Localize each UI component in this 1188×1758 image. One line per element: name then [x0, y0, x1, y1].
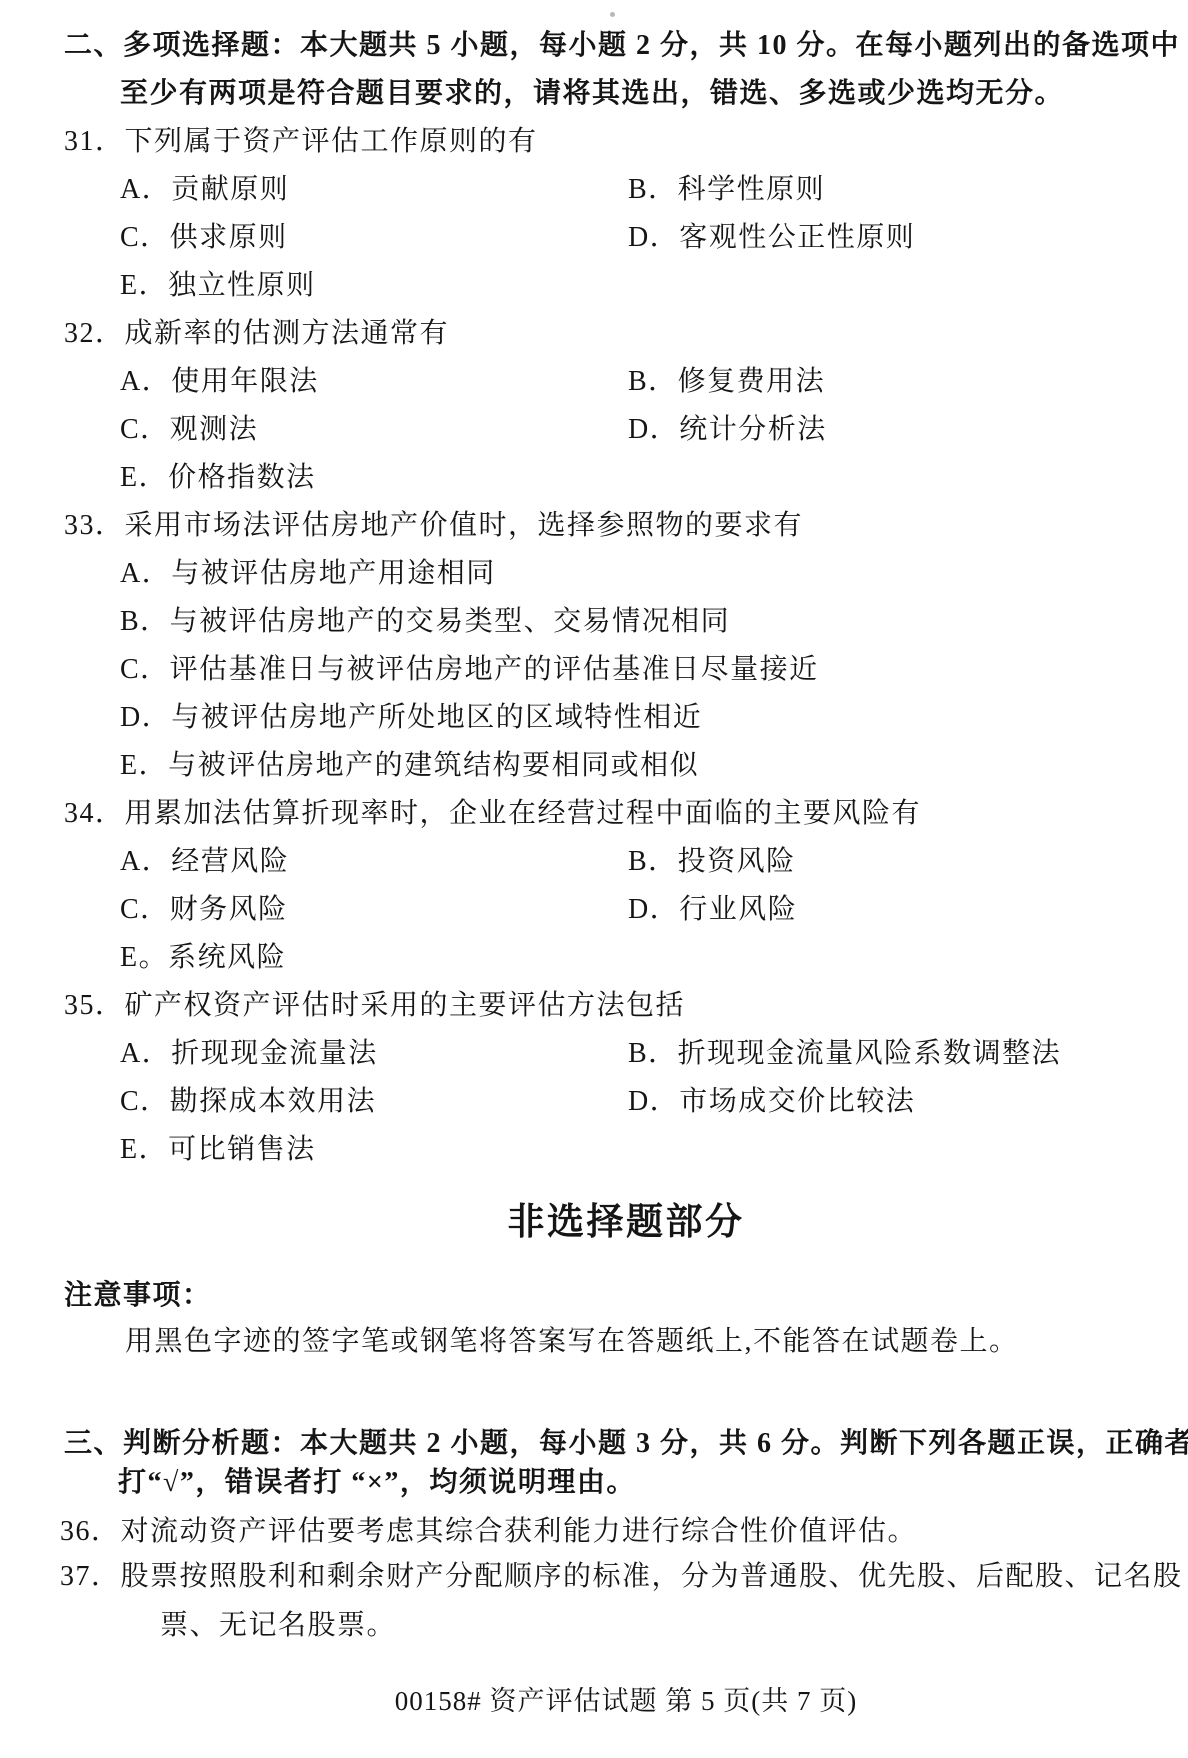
- question-34: 34．用累加法估算折现率时，企业在经营过程中面临的主要风险有: [64, 798, 921, 830]
- page-footer: 00158# 资产评估试题 第 5 页(共 7 页): [0, 1686, 1188, 1717]
- question-37-line2: 票、无记名股票。: [160, 1610, 396, 1642]
- option-31-a: A．贡献原则: [120, 174, 289, 206]
- question-32-number: 32．: [64, 318, 125, 350]
- option-32-a: A．使用年限法: [120, 366, 319, 398]
- section3-intro-line1: 三、判断分析题：本大题共 2 小题，每小题 3 分，共 6 分。判断下列各题正误…: [64, 1428, 1188, 1460]
- section2-intro-line1: 二、多项选择题：本大题共 5 小题，每小题 2 分，共 10 分。在每小题列出的…: [64, 30, 1180, 62]
- question-35: 35．矿产权资产评估时采用的主要评估方法包括: [64, 990, 685, 1022]
- question-33-number: 33．: [64, 510, 125, 542]
- question-34-number: 34．: [64, 798, 125, 830]
- section3-intro-line2: 打“√”，错误者打 “×”，均须说明理由。: [118, 1467, 636, 1499]
- exam-paper-page: 二、多项选择题：本大题共 5 小题，每小题 2 分，共 10 分。在每小题列出的…: [0, 0, 1188, 1758]
- option-35-c: C．勘探成本效用法: [120, 1086, 376, 1118]
- question-31: 31．下列属于资产评估工作原则的有: [64, 126, 538, 158]
- question-33: 33．采用市场法评估房地产价值时，选择参照物的要求有: [64, 510, 803, 542]
- section2-marker: 二、: [64, 30, 123, 62]
- option-35-e: E．可比销售法: [120, 1134, 316, 1166]
- question-32-text: 成新率的估测方法通常有: [125, 318, 450, 349]
- question-34-text: 用累加法估算折现率时，企业在经营过程中面临的主要风险有: [125, 798, 922, 829]
- option-32-c: C．观测法: [120, 414, 258, 446]
- option-31-d: D．客观性公正性原则: [628, 222, 915, 254]
- question-35-text: 矿产权资产评估时采用的主要评估方法包括: [125, 990, 686, 1021]
- option-34-c: C．财务风险: [120, 894, 288, 926]
- question-32: 32．成新率的估测方法通常有: [64, 318, 449, 350]
- question-35-number: 35．: [64, 990, 125, 1022]
- question-31-number: 31．: [64, 126, 125, 158]
- question-37-text-line1: 股票按照股利和剩余财产分配顺序的标准，分为普通股、优先股、后配股、记名股: [121, 1561, 1183, 1592]
- option-35-b: B．折现现金流量风险系数调整法: [628, 1038, 1061, 1070]
- section3-title-line1: 判断分析题：本大题共 2 小题，每小题 3 分，共 6 分。判断下列各题正误，正…: [123, 1428, 1188, 1459]
- option-35-a: A．折现现金流量法: [120, 1038, 378, 1070]
- option-32-b: B．修复费用法: [628, 366, 825, 398]
- option-34-a: A．经营风险: [120, 846, 289, 878]
- section2-title-line1: 多项选择题：本大题共 5 小题，每小题 2 分，共 10 分。在每小题列出的备选…: [123, 30, 1180, 61]
- option-31-e: E．独立性原则: [120, 270, 316, 302]
- section2-intro-line2: 至少有两项是符合题目要求的，请将其选出，错选、多选或少选均无分。: [120, 78, 1064, 110]
- non-mc-section-heading: 非选择题部分: [0, 1202, 1188, 1245]
- option-33-c: C．评估基准日与被评估房地产的评估基准日尽量接近: [120, 654, 819, 686]
- option-34-e: E。系统风险: [120, 942, 286, 974]
- notes-text: 用黑色字迹的签字笔或钢笔将答案写在答题纸上,不能答在试题卷上。: [125, 1326, 1019, 1358]
- question-36-number: 36．: [60, 1516, 121, 1548]
- option-31-c: C．供求原则: [120, 222, 288, 254]
- option-32-d: D．统计分析法: [628, 414, 827, 446]
- option-33-a: A．与被评估房地产用途相同: [120, 558, 496, 590]
- option-31-b: B．科学性原则: [628, 174, 825, 206]
- notes-label: 注意事项：: [64, 1280, 212, 1312]
- question-37-number: 37．: [60, 1561, 121, 1593]
- option-35-d: D．市场成交价比较法: [628, 1086, 915, 1118]
- option-34-b: B．投资风险: [628, 846, 796, 878]
- option-33-b: B．与被评估房地产的交易类型、交易情况相同: [120, 606, 730, 638]
- option-34-d: D．行业风险: [628, 894, 797, 926]
- scan-speck: [610, 12, 615, 17]
- section3-marker: 三、: [64, 1428, 123, 1460]
- option-33-e: E．与被评估房地产的建筑结构要相同或相似: [120, 750, 699, 782]
- option-33-d: D．与被评估房地产所处地区的区域特性相近: [120, 702, 702, 734]
- question-37-line1: 37．股票按照股利和剩余财产分配顺序的标准，分为普通股、优先股、后配股、记名股: [60, 1561, 1183, 1593]
- question-36: 36．对流动资产评估要考虑其综合获利能力进行综合性价值评估。: [60, 1516, 917, 1548]
- question-31-text: 下列属于资产评估工作原则的有: [125, 126, 538, 157]
- question-36-text: 对流动资产评估要考虑其综合获利能力进行综合性价值评估。: [121, 1516, 918, 1547]
- option-32-e: E．价格指数法: [120, 462, 316, 494]
- question-33-text: 采用市场法评估房地产价值时，选择参照物的要求有: [125, 510, 804, 541]
